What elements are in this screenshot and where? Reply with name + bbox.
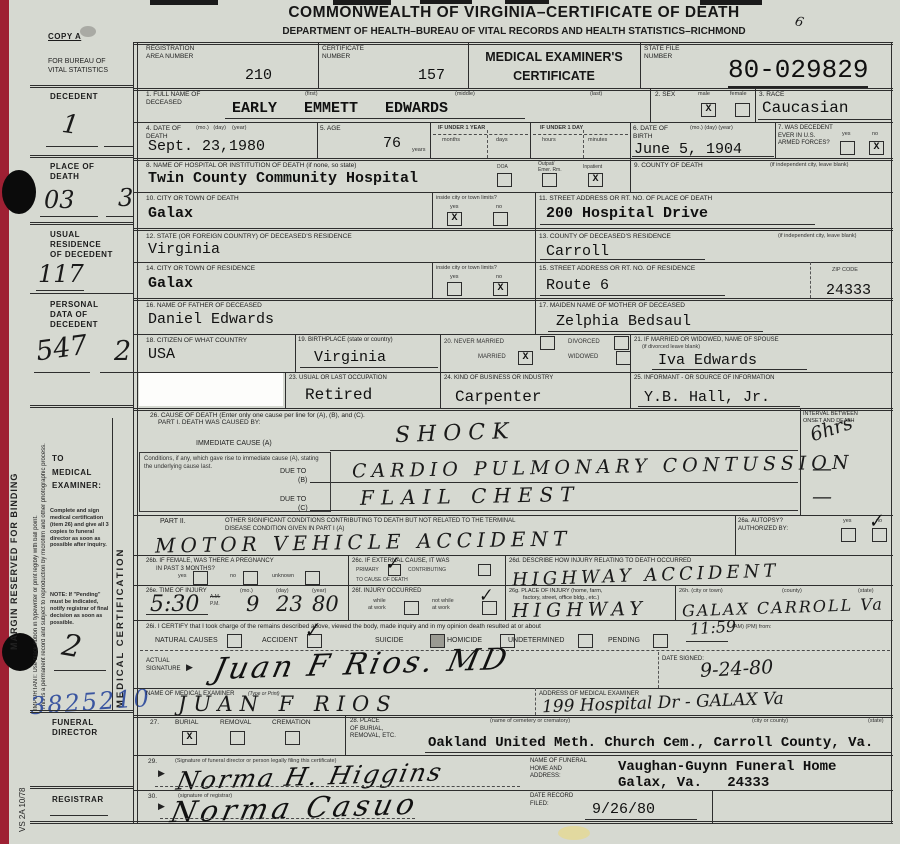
me-name-value: JUAN F RIOS	[178, 694, 398, 715]
sidebar-place-of-death-label: PLACE OFDEATH	[50, 162, 94, 182]
divider-line	[133, 334, 893, 335]
pob-line1: 28. PLACE	[350, 718, 380, 724]
injury-pm-label: P.M.	[210, 601, 220, 607]
spouse-value: Iva Edwards	[658, 353, 757, 370]
residence-county-label: 13. COUNTY OF DECEASED'S RESIDENCE	[539, 233, 671, 241]
residence-street-label: 15. STREET ADDRESS OR RT. NO. OF RESIDEN…	[539, 265, 695, 273]
divider-line	[133, 88, 893, 89]
death-street-label: 11. STREET ADDRESS OR RT. NO. OF PLACE O…	[539, 195, 712, 203]
divider-line	[295, 334, 296, 372]
divider-line	[630, 158, 631, 192]
sidebar-note2: NOTE: If "Pending" must be indicated, no…	[50, 592, 110, 626]
residence-county-note: (if independent city, leave blank)	[778, 233, 856, 240]
death-limits-yes: yes	[450, 204, 459, 211]
residence-limits-label: inside city or town limits?	[436, 265, 497, 272]
divider-line	[735, 515, 736, 555]
residence-limits-no: no	[496, 274, 502, 281]
divider-line	[533, 134, 628, 135]
injury-day-value: 23	[276, 594, 303, 615]
under-1-day-label: IF UNDER 1 DAY	[540, 125, 583, 132]
divider-line	[686, 641, 728, 642]
medical-certification-vertical-label: MEDICAL CERTIFICATION	[115, 428, 126, 708]
divider-line	[540, 224, 815, 225]
divider-line	[348, 555, 349, 585]
to-cause-of-death-label: TO CAUSE OF DEATH	[356, 577, 408, 583]
funeral-home-label: NAME OF FUNERALHOME ANDADDRESS:	[530, 758, 587, 781]
armed-forces-no-label: no	[872, 131, 878, 138]
manner-suicide-label: SUICIDE	[375, 637, 403, 646]
drf-line2: FILED:	[530, 801, 549, 807]
death-street-value: 200 Hospital Drive	[546, 206, 708, 223]
divider-line	[133, 122, 893, 123]
file-label1: STATE FILE	[644, 45, 680, 52]
me-cert-line1: MEDICAL EXAMINER'S	[485, 50, 622, 64]
divider-line	[505, 585, 506, 620]
divider-line	[430, 122, 431, 158]
divider-line	[30, 788, 133, 789]
certificate-subtitle: DEPARTMENT OF HEALTH–BUREAU OF VITAL REC…	[135, 26, 893, 37]
divider-line	[133, 44, 893, 45]
cemetery-sublabel: (name of cemetery or crematory)	[490, 718, 570, 725]
city-county-sublabel: (city or county)	[752, 718, 788, 725]
drf-line1: DATE RECORD	[530, 793, 573, 799]
under-1-year-months: months	[442, 137, 460, 144]
doa-label: DOA	[497, 164, 508, 170]
manner-accident-label: ACCIDENT	[262, 637, 298, 646]
divider-line	[300, 367, 438, 368]
certify-ampm-label: (AM) (PM) from:	[732, 624, 771, 631]
divider-line	[133, 300, 893, 301]
form-number: VS 2A 10/78	[18, 742, 27, 832]
state-file-number-label: STATE FILENUMBER	[644, 45, 680, 61]
pob-line2: OF BURIAL,	[350, 726, 383, 732]
under-1-year-label: IF UNDER 1 YEAR	[438, 125, 485, 132]
checkbox-burial: X	[182, 731, 197, 745]
divider-line	[133, 755, 893, 756]
waw-line2: at work	[368, 605, 386, 611]
divider-line	[432, 192, 433, 228]
state-file-number: 80-029829	[728, 56, 868, 88]
c-sublabel: (C)	[298, 505, 308, 514]
sidebar-registrar-label: REGISTRAR	[52, 795, 104, 805]
divider-line	[285, 372, 286, 408]
checkbox-married: X	[518, 351, 533, 365]
fd-line2: DIRECTOR	[52, 728, 98, 737]
autopsy-line2: AUTHORIZED BY:	[738, 526, 788, 532]
yellow-smudge	[558, 826, 590, 840]
residence-city-label: 14. CITY OR TOWN OF RESIDENCE	[146, 265, 255, 273]
actual-signature-label: ACTUALSIGNATURE	[146, 658, 181, 673]
outpatient-label: Outpat/Emer. Rm.	[538, 161, 562, 174]
pob-line3: REMOVAL, ETC.	[350, 733, 396, 739]
date-of-birth-label: 6. DATE OF BIRTH	[633, 125, 675, 141]
divider-line	[30, 407, 133, 408]
pd-line3: DECEDENT	[50, 320, 98, 329]
certificate-number-label: CERTIFICATENUMBER	[322, 45, 364, 61]
funeral-home-name: Vaughan-Guynn Funeral Home	[618, 760, 836, 775]
checkbox-divorced	[614, 336, 629, 350]
divider-line	[30, 710, 133, 711]
divider-line	[638, 406, 800, 407]
primary-label: PRIMARY	[356, 567, 379, 573]
divider-line	[535, 192, 536, 228]
handwritten-check-primary: ✓	[384, 555, 401, 574]
divider-line	[650, 88, 651, 122]
autopsy-label: 26a. AUTOPSY?AUTHORIZED BY:	[738, 518, 788, 533]
divider-line	[133, 408, 893, 409]
divider-line	[30, 786, 133, 787]
divider-line	[432, 262, 433, 298]
registrar-section-number: 30.	[148, 793, 157, 801]
bureau-label: FOR BUREAU OFVITAL STATISTICS	[48, 58, 108, 76]
age-label: 5. AGE	[320, 125, 341, 133]
scanned-death-certificate: { "k": {"x":"X","chk":"✓","dash":"—","ar…	[0, 0, 900, 844]
citizen-value: USA	[148, 347, 175, 364]
checkbox-death-limits-yes: X	[447, 212, 462, 226]
divider-line	[675, 585, 676, 620]
divider-line	[540, 295, 725, 296]
certify-time-value: 11:59	[689, 618, 736, 637]
checkbox-doa	[497, 173, 512, 187]
checkbox-armed-forces-yes	[840, 141, 855, 155]
check-x: X	[592, 174, 598, 185]
check-x: X	[186, 732, 192, 743]
due-to-c-label: DUE TO	[280, 496, 306, 505]
date-of-death-value: Sept. 23,1980	[148, 139, 265, 156]
sidebar-residence-label: USUALRESIDENCEOF DECEDENT	[50, 230, 113, 260]
checkbox-natural-causes	[227, 634, 242, 648]
file-label2: NUMBER	[644, 53, 672, 60]
checkbox-contributing	[478, 564, 491, 576]
divider-line	[425, 752, 891, 753]
divider-line	[30, 155, 133, 156]
sidebar-pod-code1: 03	[44, 188, 75, 212]
divider-line	[530, 122, 531, 158]
age-years-suffix: years	[412, 147, 425, 154]
burial-section-number: 27.	[150, 719, 159, 727]
sig-line1: ACTUAL	[146, 658, 170, 664]
binding-red-edge	[0, 0, 9, 844]
divider-line	[640, 42, 641, 88]
manner-pending-label: PENDING	[608, 637, 640, 646]
whiteout-patch	[139, 373, 283, 406]
widowed-label: WIDOWED	[568, 354, 598, 362]
checkbox-cremation	[285, 731, 300, 745]
date-signed-label: DATE SIGNED:	[662, 656, 704, 664]
under-1-year-days: days	[496, 137, 508, 144]
divider-line	[318, 42, 319, 88]
divider-line	[317, 122, 318, 158]
divider-line	[755, 88, 756, 122]
registration-area-label: REGISTRATIONAREA NUMBER	[146, 45, 194, 61]
pd-line2: DATA OF	[50, 310, 88, 319]
burial-label: BURIAL	[175, 719, 198, 727]
divider-line	[348, 585, 349, 620]
decedent-full-name: EARLY EMMETT EDWARDS	[232, 101, 448, 118]
sidebar-pd-code2: 2	[114, 338, 131, 365]
city-of-death-label: 10. CITY OR TOWN OF DEATH	[146, 195, 239, 203]
checkbox-widowed	[616, 351, 631, 365]
af-line3: ARMED FORCES?	[778, 140, 830, 146]
divider-line	[30, 85, 133, 86]
divider-line	[133, 228, 893, 229]
sidebar-pod-code2: 3	[118, 186, 133, 210]
waw-line1: while	[373, 598, 386, 604]
divider-line	[535, 262, 536, 298]
nwaw-line1: not while	[432, 598, 454, 604]
date-record-filed-value: 9/26/80	[592, 802, 655, 819]
divider-line	[106, 216, 134, 217]
father-name-value: Daniel Edwards	[148, 312, 274, 329]
manner-undetermined-label: UNDETERMINED	[508, 637, 564, 646]
occupation-label: 23. USUAL OR LAST OCCUPATION	[289, 375, 387, 383]
first-sublabel: (first)	[305, 91, 318, 98]
signature-arrow: ▶	[186, 662, 193, 673]
divider-line	[548, 331, 763, 332]
father-name-label: 16. NAME OF FATHER OF DECEASED	[146, 302, 262, 310]
divider-line	[658, 652, 659, 688]
certificate-number: 157	[418, 68, 445, 85]
res-line3: OF DECEDENT	[50, 250, 113, 259]
registrar-signature: Norma Casuo	[168, 790, 421, 828]
margin-binding-text: MARGIN RESERVED FOR BINDING	[9, 230, 19, 650]
informant-label: 25. INFORMANT - OR SOURCE OF INFORMATION	[634, 375, 774, 383]
divider-line	[30, 405, 133, 406]
reg-label1: REGISTRATION	[146, 45, 194, 52]
divider-line	[487, 130, 488, 158]
res-line2: RESIDENCE	[50, 240, 101, 249]
pd-line1: PERSONAL	[50, 300, 98, 309]
divider-line	[330, 450, 798, 451]
divider-line	[775, 122, 776, 158]
punch-hole	[2, 170, 36, 214]
autopsy-line1: 26a. AUTOPSY?	[738, 518, 783, 524]
conditions-note: Conditions, if any, which gave rise to i…	[144, 456, 319, 471]
checkbox-while-at-work	[404, 601, 419, 615]
divider-line	[30, 712, 133, 713]
fh-line1: NAME OF FUNERAL	[530, 758, 587, 764]
pregnancy-no-label: no	[230, 573, 236, 580]
poi-line1: 26g. PLACE OF INJURY (home, farm,	[509, 588, 602, 594]
divider-line	[632, 156, 774, 157]
divider-line	[133, 298, 893, 299]
divider-line	[345, 715, 346, 755]
residence-state-value: Virginia	[148, 242, 220, 259]
place-of-burial-label: 28. PLACEOF BURIAL,REMOVAL, ETC.	[350, 718, 396, 741]
cause-c-value: FLAIL CHEST	[360, 484, 581, 508]
checkbox-pregnancy-yes	[193, 571, 208, 585]
date-of-death-sublabels: (mo.) (day) (year)	[196, 125, 246, 132]
divider-line	[440, 334, 441, 372]
last-sublabel: (last)	[590, 91, 602, 98]
medical-examiners-certificate-heading: MEDICAL EXAMINER'SCERTIFICATE	[468, 48, 640, 86]
married-label: MARRIED	[478, 354, 506, 362]
fh-line2: HOME AND	[530, 766, 562, 772]
divider-line	[133, 555, 893, 556]
preg-line1: 26b. IF FEMALE, WAS THERE A PREGNANCY	[146, 558, 274, 564]
city-of-death-value: Galax	[148, 206, 193, 223]
injury-time-value: 5:30	[150, 594, 199, 616]
state-sublabel: (state)	[868, 718, 884, 725]
divider-line	[433, 134, 528, 135]
divider-line	[112, 418, 113, 710]
divider-line	[40, 216, 98, 217]
divider-line	[712, 790, 713, 823]
part1-label: PART I. DEATH WAS CAUSED BY:	[158, 419, 261, 427]
registrar-signature-arrow: ▶	[158, 801, 165, 812]
divider-line	[505, 555, 506, 585]
divider-line	[30, 224, 133, 225]
industry-value: Carpenter	[455, 389, 541, 407]
informant-value: Y.B. Hall, Jr.	[644, 390, 770, 407]
divider-line	[535, 298, 536, 334]
divider-line	[104, 146, 134, 147]
sidebar-note1: Complete and sign medical certification …	[50, 508, 110, 549]
fd-section-number: 29.	[148, 758, 157, 766]
divider-line	[652, 369, 807, 370]
contributing-label: CONTRIBUTING	[408, 567, 446, 573]
cremation-label: CREMATION	[272, 719, 311, 727]
part2-label: PART II.	[160, 518, 186, 527]
inpatient-label: Inpatient	[583, 164, 602, 170]
bureau-line1: FOR BUREAU OF	[48, 58, 106, 65]
cert-label2: NUMBER	[322, 53, 350, 60]
race-value: Caucasian	[762, 100, 848, 118]
birthplace-value: Virginia	[314, 350, 386, 367]
cert-label1: CERTIFICATE	[322, 45, 364, 52]
armed-forces-label: 7. WAS DECEDENTEVER IN U.S.ARMED FORCES?	[778, 125, 833, 148]
spouse-note: (if divorced leave blank)	[642, 344, 700, 351]
tome-line1: TO	[52, 454, 64, 463]
sidebar-residence-code: 117	[38, 262, 84, 286]
injury-am-label: A.M.	[210, 594, 220, 600]
tome-line2: MEDICAL	[52, 468, 92, 477]
immediate-cause-label: IMMEDIATE CAUSE (A)	[196, 440, 272, 449]
mother-name-value: Zelphia Bedsaul	[556, 314, 691, 331]
divider-line	[583, 130, 584, 158]
checkbox-never-married	[540, 336, 555, 350]
middle-sublabel: (middle)	[455, 91, 475, 98]
residence-state-label: 12. STATE (OR FOREIGN COUNTRY) OF DECEAS…	[146, 233, 352, 241]
place-of-injury-value: HIGHWAY	[512, 600, 647, 621]
divider-line	[54, 670, 106, 671]
checkbox-sex-female	[735, 103, 750, 117]
residence-street-value: Route 6	[546, 278, 609, 295]
divider-line	[30, 222, 133, 223]
sex-female-label: female	[730, 91, 747, 98]
divider-line	[535, 228, 536, 262]
divider-line	[46, 146, 98, 147]
not-while-at-work-label: not whileat work	[432, 598, 454, 612]
divider-line	[155, 786, 520, 787]
divider-line	[133, 515, 893, 516]
hospital-label: 8. NAME OF HOSPITAL OR INSTITUTION OF DE…	[146, 162, 356, 170]
date-of-birth-sublabels: (mo.) (day) (year)	[690, 125, 733, 132]
checkbox-residence-limits-no: X	[493, 282, 508, 296]
armed-forces-yes-label: yes	[842, 131, 851, 138]
place-of-burial-value: Oakland United Meth. Church Cem., Carrol…	[428, 736, 873, 751]
check-x: X	[497, 283, 503, 294]
mother-name-label: 17. MAIDEN NAME OF MOTHER OF DECEASED	[539, 302, 685, 310]
occupation-value: Retired	[305, 387, 372, 405]
copy-label: COPY A	[48, 32, 81, 42]
checkbox-sex-male: X	[701, 103, 716, 117]
sidebar-personal-data-label: PERSONALDATA OFDECEDENT	[50, 300, 98, 330]
divider-line	[30, 821, 893, 822]
county-of-death-note: (if independent city, leave blank)	[770, 162, 848, 169]
checkbox-outpatient	[542, 173, 557, 187]
bureau-line2: VITAL STATISTICS	[48, 67, 108, 74]
interval-c-dash: —	[812, 486, 832, 506]
injury-state-sublabel: (state)	[858, 588, 874, 595]
divider-line	[133, 158, 893, 159]
residence-city-value: Galax	[148, 276, 193, 293]
checkbox-inpatient: X	[588, 173, 603, 187]
date-record-filed-label: DATE RECORDFILED:	[530, 793, 573, 808]
date-signed-value: 9-24-80	[700, 658, 774, 681]
divider-line	[585, 819, 697, 820]
handwritten-check-autopsy-no: ✓	[867, 512, 885, 532]
me-cert-line2: CERTIFICATE	[513, 69, 595, 83]
fd-signature-arrow: ▶	[158, 768, 165, 779]
manner-natural-label: NATURAL CAUSES	[155, 637, 218, 646]
divider-line	[133, 262, 893, 263]
certify-statement: 26i. I CERTIFY that I took charge of the…	[146, 623, 541, 631]
pod-line2: DEATH	[50, 172, 79, 181]
divider-line	[133, 410, 893, 411]
divider-line	[30, 87, 133, 88]
under-1-day-hours: hours	[542, 137, 556, 144]
handwritten-check-accident: ✓	[301, 619, 321, 642]
divider-line	[133, 42, 893, 43]
fd-line1: FUNERAL	[52, 718, 94, 727]
certificate-title: COMMONWEALTH OF VIRGINIA–CERTIFICATE OF …	[135, 4, 893, 22]
divider-line	[310, 510, 798, 511]
checkbox-armed-forces-no: X	[869, 141, 884, 155]
sidebar-decedent-label: DECEDENT	[50, 92, 98, 102]
under-1-day-minutes: minutes	[588, 137, 607, 144]
death-limits-label: inside city or town limits?	[436, 195, 497, 202]
checkbox-residence-limits-yes	[447, 282, 462, 296]
handwritten-check-not-while-at-work: ✓	[477, 587, 494, 606]
divider-line	[133, 585, 893, 586]
divider-line	[133, 160, 893, 161]
hospital-value: Twin County Community Hospital	[148, 171, 418, 188]
reg-label2: AREA NUMBER	[146, 53, 193, 60]
sex-label: 2. SEX	[655, 91, 675, 99]
checkbox-autopsy-yes	[841, 528, 856, 542]
divider-line	[30, 293, 133, 294]
divider-line	[630, 122, 631, 158]
divider-line	[540, 259, 705, 260]
divider-line	[630, 372, 631, 408]
part2-line1: OTHER SIGNIFICANT CONDITIONS CONTRIBUTIN…	[225, 518, 515, 524]
pregnancy-unknown-label: unknown	[272, 573, 294, 580]
fh-line3: ADDRESS:	[530, 773, 561, 779]
injury-year-value: 80	[312, 594, 339, 615]
divider-line	[100, 372, 134, 373]
check-x: X	[873, 142, 879, 153]
divider-line	[758, 119, 891, 120]
cause-a-value: SHOCK	[395, 421, 516, 447]
interval-b-dash: —	[812, 458, 832, 478]
sidebar-pd-code1: 547	[34, 332, 89, 366]
divider-line	[535, 688, 536, 715]
residence-limits-yes: yes	[450, 274, 459, 281]
outpat-line1: Outpat/	[538, 161, 554, 167]
county-of-death-label: 9. COUNTY OF DEATH	[634, 162, 703, 170]
af-line1: 7. WAS DECEDENT	[778, 125, 833, 131]
